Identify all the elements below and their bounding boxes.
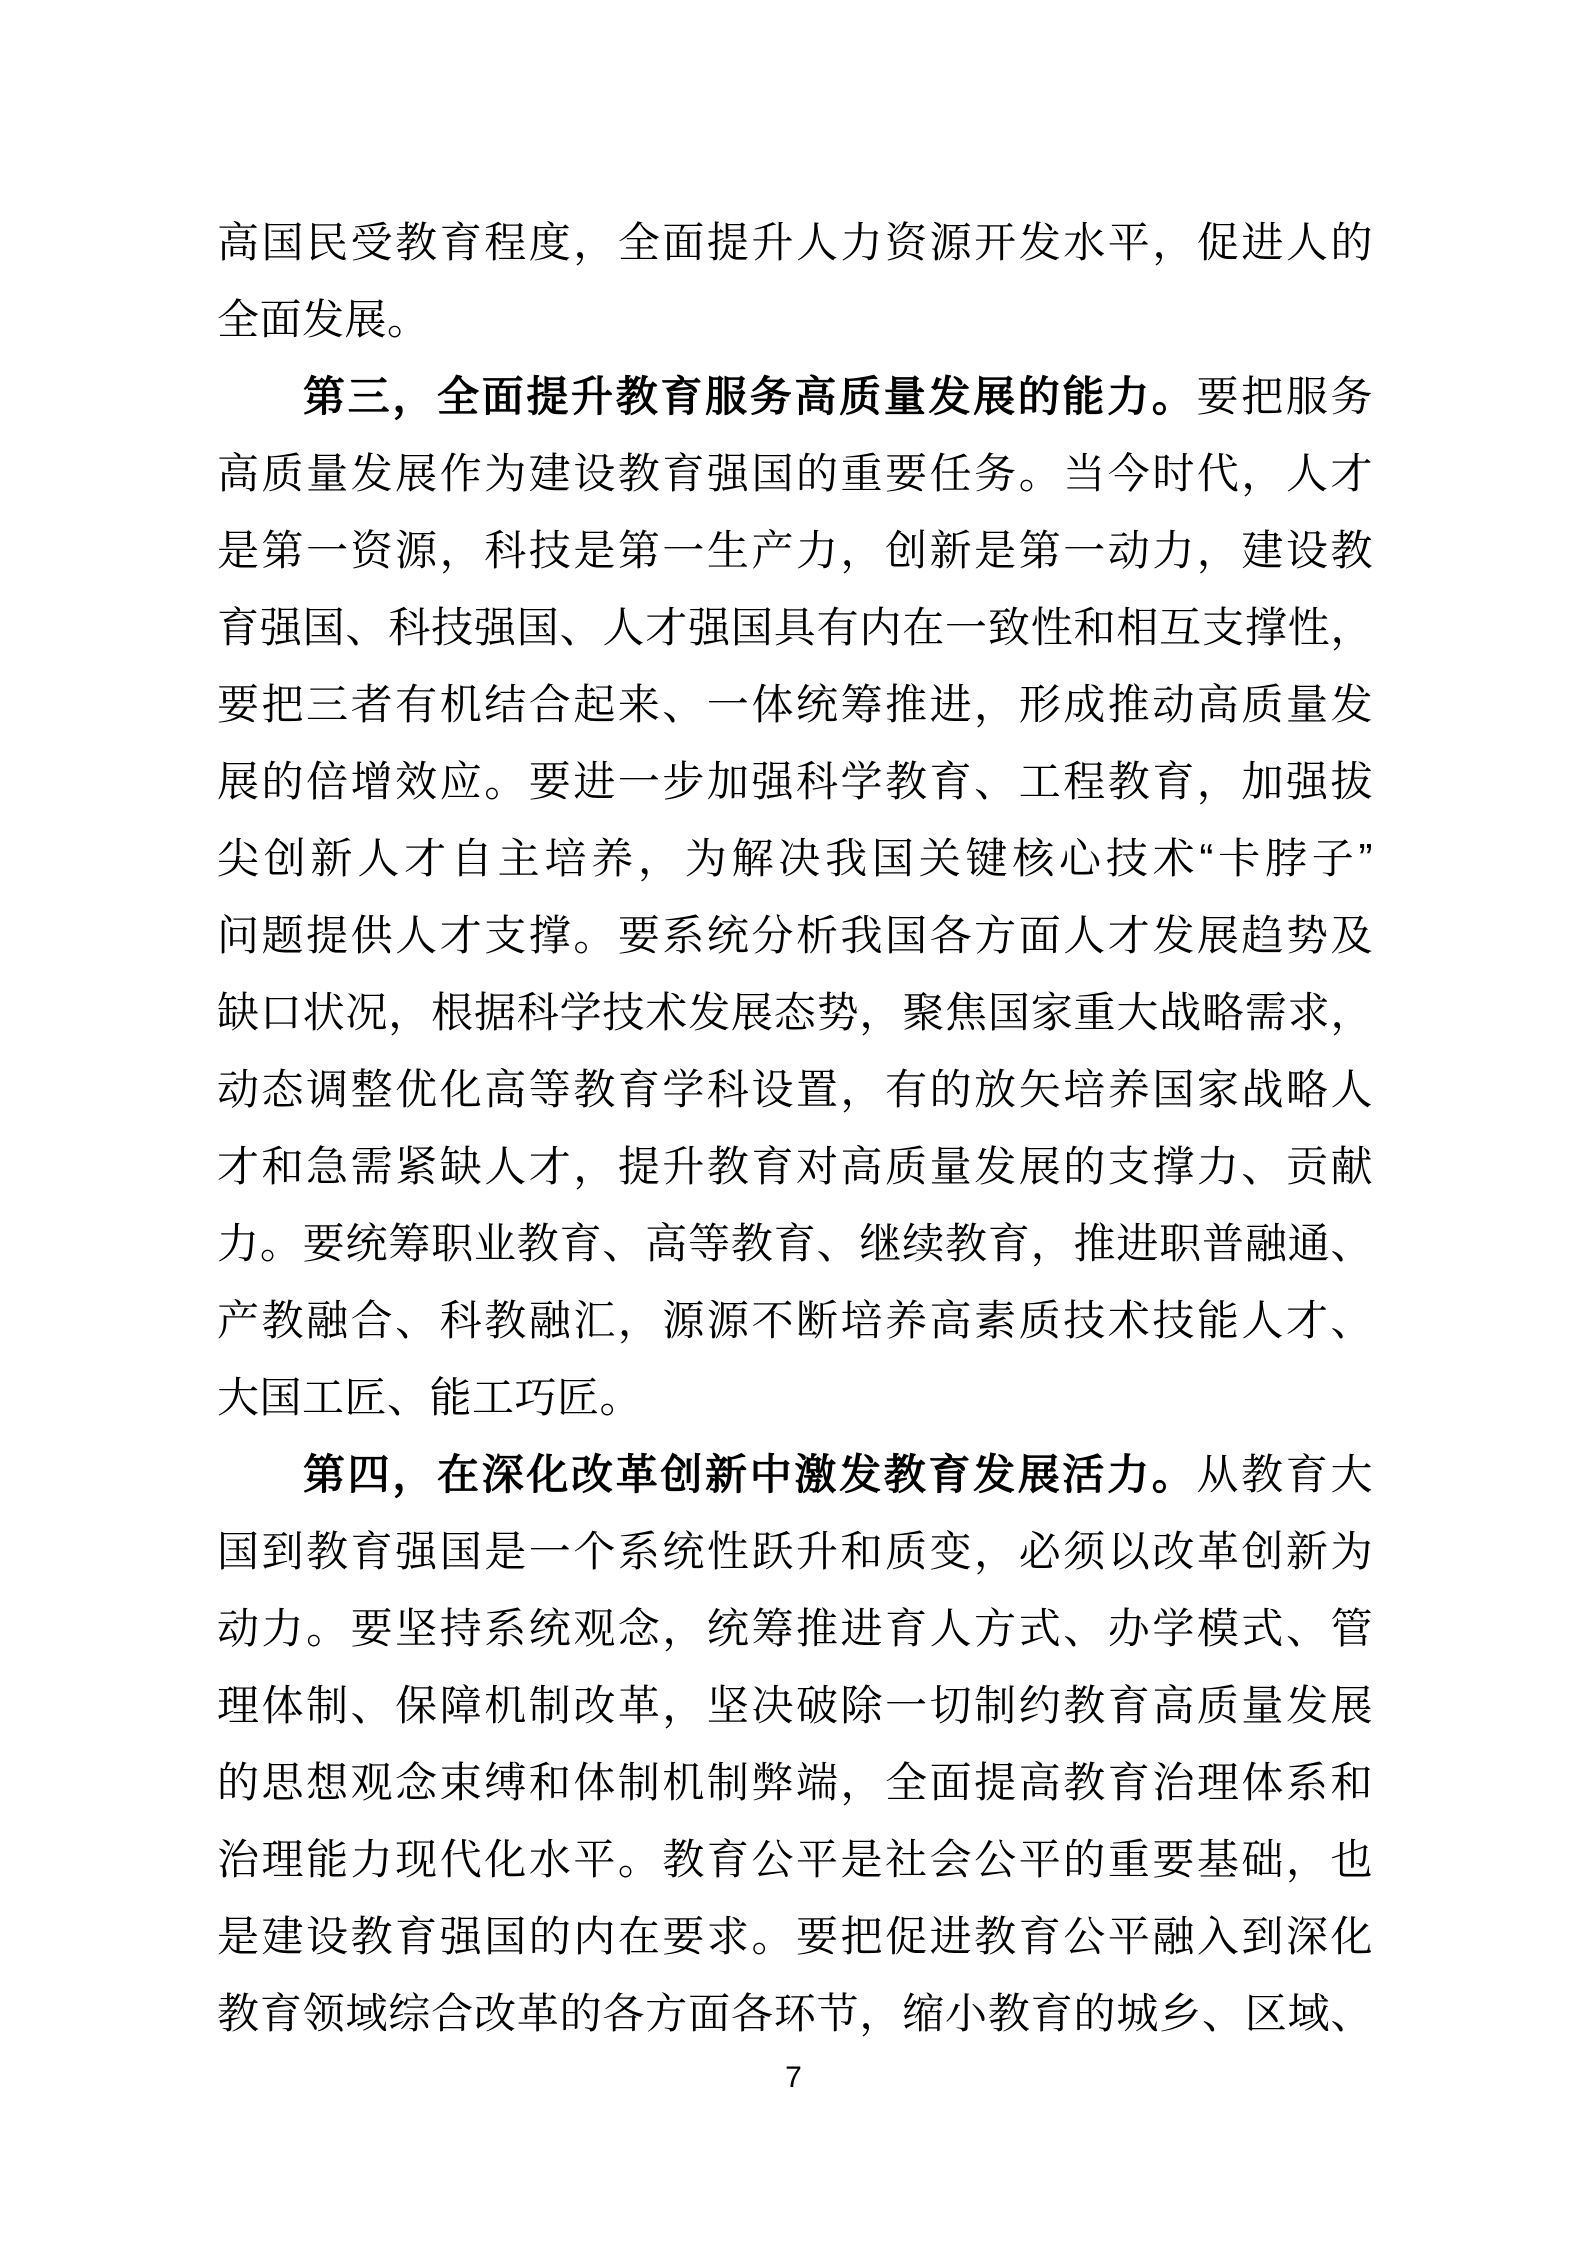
text-line: 是第一资源，科技是第一生产力，创新是第一动力，建设教 (217, 512, 1373, 589)
text-line: 动态调整优化高等教育学科设置，有的放矢培养国家战略人 (217, 1051, 1373, 1128)
text-line: 高质量发展作为建设教育强国的重要任务。当今时代，人才 (217, 435, 1373, 512)
emphasis-text: 第四，在深化改革创新中激发教育发展活力。 (303, 1451, 1196, 1498)
body-text: 缺口状况，根据科学技术发展态势，聚焦国家重大战略需求， (217, 989, 1373, 1036)
body-text: 要把服务 (1196, 373, 1373, 420)
body-text: 是建设教育强国的内在要求。要把促进教育公平融入到深化 (217, 1913, 1373, 1960)
text-line: 动力。要坚持系统观念，统筹推进育人方式、办学模式、管 (217, 1590, 1373, 1667)
body-text: 才和急需紧缺人才，提升教育对高质量发展的支撑力、贡献 (217, 1143, 1373, 1190)
text-line: 是建设教育强国的内在要求。要把促进教育公平融入到深化 (217, 1898, 1373, 1975)
body-text: 大国工匠、能工巧匠。 (217, 1374, 642, 1421)
text-line: 理体制、保障机制改革，坚决破除一切制约教育高质量发展 (217, 1667, 1373, 1744)
text-line: 尖创新人才自主培养，为解决我国关键核心技术“卡脖子” (217, 820, 1373, 897)
body-text: 理体制、保障机制改革，坚决破除一切制约教育高质量发展 (217, 1682, 1373, 1729)
text-line: 大国工匠、能工巧匠。 (217, 1359, 1373, 1436)
text-line: 才和急需紧缺人才，提升教育对高质量发展的支撑力、贡献 (217, 1128, 1373, 1205)
text-line: 缺口状况，根据科学技术发展态势，聚焦国家重大战略需求， (217, 974, 1373, 1051)
body-text: 问题提供人才支撑。要系统分析我国各方面人才发展趋势及 (217, 912, 1373, 959)
text-line: 展的倍增效应。要进一步加强科学教育、工程教育，加强拔 (217, 743, 1373, 820)
paragraph-point-three: 第三，全面提升教育服务高质量发展的能力。要把服务高质量发展作为建设教育强国的重要… (217, 358, 1373, 1436)
text-line: 育强国、科技强国、人才强国具有内在一致性和相互支撑性， (217, 589, 1373, 666)
body-text: 高国民受教育程度，全面提升人力资源开发水平，促进人的 (217, 219, 1373, 266)
body-text: 育强国、科技强国、人才强国具有内在一致性和相互支撑性， (217, 604, 1373, 651)
document-page: 高国民受教育程度，全面提升人力资源开发水平，促进人的全面发展。第三，全面提升教育… (0, 0, 1587, 2245)
body-text: 治理能力现代化水平。教育公平是社会公平的重要基础，也 (217, 1836, 1373, 1883)
text-line: 治理能力现代化水平。教育公平是社会公平的重要基础，也 (217, 1821, 1373, 1898)
body-text: 展的倍增效应。要进一步加强科学教育、工程教育，加强拔 (217, 758, 1373, 805)
body-text: 从教育大 (1196, 1451, 1373, 1498)
text-line: 教育领域综合改革的各方面各环节，缩小教育的城乡、区域、 (217, 1975, 1373, 2052)
text-line: 高国民受教育程度，全面提升人力资源开发水平，促进人的 (217, 204, 1373, 281)
text-line: 的思想观念束缚和体制机制弊端，全面提高教育治理体系和 (217, 1744, 1373, 1821)
text-line: 要把三者有机结合起来、一体统筹推进，形成推动高质量发 (217, 666, 1373, 743)
text-line: 力。要统筹职业教育、高等教育、继续教育，推进职普融通、 (217, 1205, 1373, 1282)
text-line: 国到教育强国是一个系统性跃升和质变，必须以改革创新为 (217, 1513, 1373, 1590)
body-text: 尖创新人才自主培养，为解决我国关键核心技术“卡脖子” (217, 835, 1373, 882)
text-line: 产教融合、科教融汇，源源不断培养高素质技术技能人才、 (217, 1282, 1373, 1359)
body-text: 教育领域综合改革的各方面各环节，缩小教育的城乡、区域、 (217, 1990, 1373, 2037)
paragraph-continuation: 高国民受教育程度，全面提升人力资源开发水平，促进人的全面发展。 (217, 204, 1373, 358)
emphasis-text: 第三，全面提升教育服务高质量发展的能力。 (303, 373, 1196, 420)
paragraph-point-four: 第四，在深化改革创新中激发教育发展活力。从教育大国到教育强国是一个系统性跃升和质… (217, 1436, 1373, 2052)
body-text: 全面发展。 (217, 296, 430, 343)
body-text: 力。要统筹职业教育、高等教育、继续教育，推进职普融通、 (217, 1220, 1373, 1267)
text-line: 全面发展。 (217, 281, 1373, 358)
body-text: 是第一资源，科技是第一生产力，创新是第一动力，建设教 (217, 527, 1373, 574)
body-text: 国到教育强国是一个系统性跃升和质变，必须以改革创新为 (217, 1528, 1373, 1575)
text-line: 第三，全面提升教育服务高质量发展的能力。要把服务 (217, 358, 1373, 435)
body-text: 产教融合、科教融汇，源源不断培养高素质技术技能人才、 (217, 1297, 1373, 1344)
body-text: 高质量发展作为建设教育强国的重要任务。当今时代，人才 (217, 450, 1373, 497)
body-text: 要把三者有机结合起来、一体统筹推进，形成推动高质量发 (217, 681, 1373, 728)
text-line: 问题提供人才支撑。要系统分析我国各方面人才发展趋势及 (217, 897, 1373, 974)
text-block: 高国民受教育程度，全面提升人力资源开发水平，促进人的全面发展。第三，全面提升教育… (217, 204, 1373, 2052)
body-text: 的思想观念束缚和体制机制弊端，全面提高教育治理体系和 (217, 1759, 1373, 1806)
body-text: 动力。要坚持系统观念，统筹推进育人方式、办学模式、管 (217, 1605, 1373, 1652)
body-text: 动态调整优化高等教育学科设置，有的放矢培养国家战略人 (217, 1066, 1373, 1113)
page-number: 7 (0, 2058, 1587, 2098)
text-line: 第四，在深化改革创新中激发教育发展活力。从教育大 (217, 1436, 1373, 1513)
